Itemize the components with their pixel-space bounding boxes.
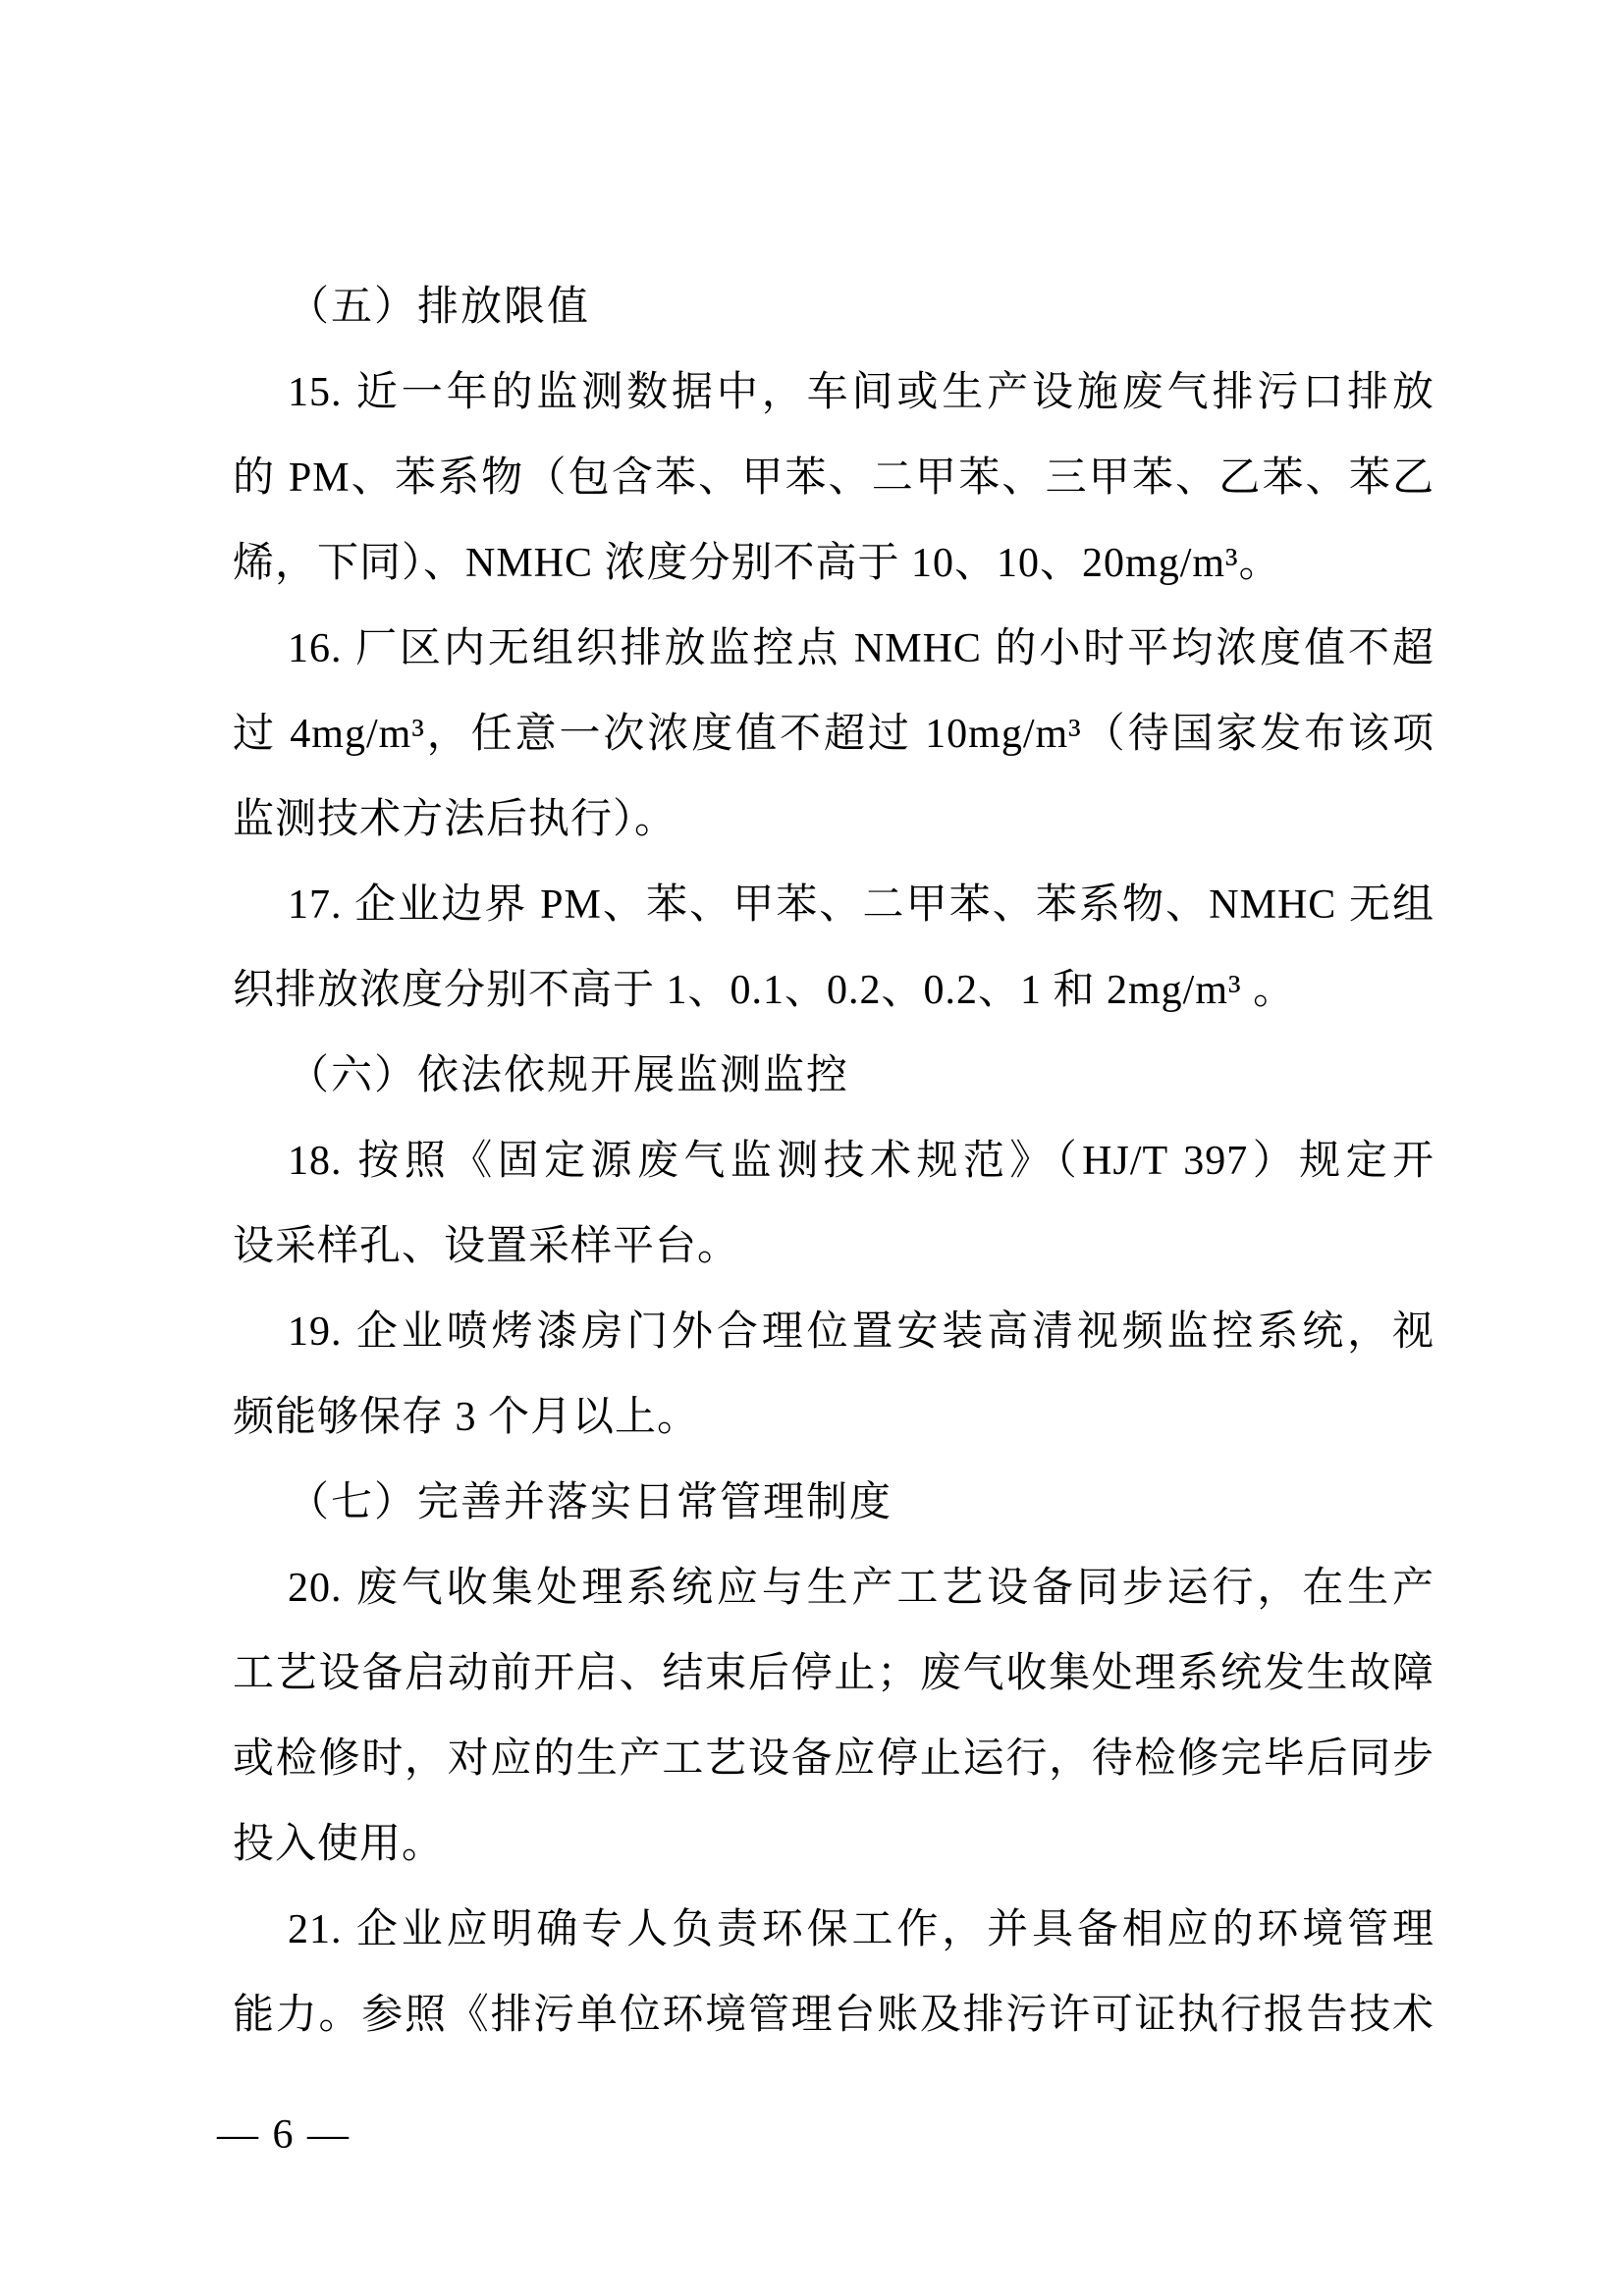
para-16-line-1: 16. 厂区内无组织排放监控点 NMHC 的小时平均浓度值不超: [233, 607, 1434, 692]
para-17-line-1: 17. 企业边界 PM、苯、甲苯、二甲苯、苯系物、NMHC 无组: [233, 863, 1434, 948]
section-heading-5: （五）排放限值: [233, 265, 1434, 350]
para-20-line-4: 投入使用。: [233, 1802, 1434, 1888]
para-15-line-3: 烯，下同）、NMHC 浓度分别不高于 10、10、20mg/m³。: [233, 521, 1434, 607]
para-18-line-2: 设采样孔、设置采样平台。: [233, 1204, 1434, 1290]
section-heading-6: （六）依法依规开展监测监控: [233, 1034, 1434, 1119]
document-body: （五）排放限值 15. 近一年的监测数据中，车间或生产设施废气排污口排放 的 P…: [233, 265, 1434, 2058]
document-page: （五）排放限值 15. 近一年的监测数据中，车间或生产设施废气排污口排放 的 P…: [0, 0, 1623, 2296]
para-20-line-2: 工艺设备启动前开启、结束后停止；废气收集处理系统发生故障: [233, 1631, 1434, 1717]
para-18-line-1: 18. 按照《固定源废气监测技术规范》（HJ/T 397）规定开: [233, 1119, 1434, 1204]
para-15-line-1: 15. 近一年的监测数据中，车间或生产设施废气排污口排放: [233, 350, 1434, 436]
para-20-line-1: 20. 废气收集处理系统应与生产工艺设备同步运行，在生产: [233, 1546, 1434, 1631]
para-16-line-2: 过 4mg/m³，任意一次浓度值不超过 10mg/m³（待国家发布该项: [233, 692, 1434, 777]
para-21-line-1: 21. 企业应明确专人负责环保工作，并具备相应的环境管理: [233, 1888, 1434, 1973]
para-20-line-3: 或检修时，对应的生产工艺设备应停止运行，待检修完毕后同步: [233, 1717, 1434, 1802]
page-number: — 6 —: [217, 2106, 351, 2164]
para-17-line-2: 织排放浓度分别不高于 1、0.1、0.2、0.2、1 和 2mg/m³ 。: [233, 948, 1434, 1034]
para-19-line-2: 频能够保存 3 个月以上。: [233, 1375, 1434, 1461]
para-19-line-1: 19. 企业喷烤漆房门外合理位置安装高清视频监控系统，视: [233, 1290, 1434, 1375]
para-21-line-2: 能力。参照《排污单位环境管理台账及排污许可证执行报告技术: [233, 1973, 1434, 2058]
para-16-line-3: 监测技术方法后执行）。: [233, 777, 1434, 863]
section-heading-7: （七）完善并落实日常管理制度: [233, 1461, 1434, 1546]
para-15-line-2: 的 PM、苯系物（包含苯、甲苯、二甲苯、三甲苯、乙苯、苯乙: [233, 436, 1434, 521]
